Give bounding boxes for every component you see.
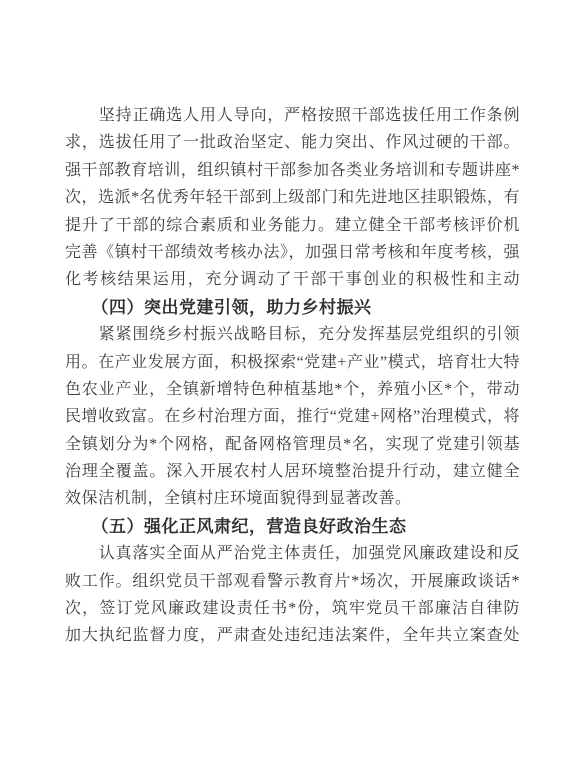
text-line: 治理全覆盖。深入开展农村人居环境整治提升行动，建立健全长 (65, 458, 520, 485)
text-line: 效保洁机制，全镇村庄环境面貌得到显著改善。 (65, 485, 520, 512)
text-line: 次，签订党风廉政建设责任书*份，筑牢党员干部廉洁自律防线。 (65, 595, 520, 622)
text-line: 认真落实全面从严治党主体责任，加强党风廉政建设和反腐 (65, 540, 520, 567)
text-line: 紧紧围绕乡村振兴战略目标，充分发挥基层党组织的引领作 (65, 321, 520, 348)
text-line: 强干部教育培训，组织镇村干部参加各类业务培训和专题讲座*场 (65, 157, 520, 184)
text-line: 完善《镇村干部绩效考核办法》，加强日常考核和年度考核，强 (65, 239, 520, 266)
text-line: 提升了干部的综合素质和业务能力。建立健全干部考核评价机制， (65, 212, 520, 239)
section-heading-4: （四）突出党建引领，助力乡村振兴 (65, 294, 520, 321)
text-line: 用。在产业发展方面，积极探索“党建+产业”模式，培育壮大特 (65, 349, 520, 376)
document-text-block: 坚持正确选人用人导向，严格按照干部选拔任用工作条例要 求，选拔任用了一批政治坚定… (65, 102, 520, 650)
text-line: 加大执纪监督力度，严肃查处违纪违法案件，全年共立案查处违 (65, 622, 520, 649)
text-line: 全镇划分为*个网格，配备网格管理员*名，实现了党建引领基层 (65, 431, 520, 458)
text-line: 坚持正确选人用人导向，严格按照干部选拔任用工作条例要 (65, 102, 520, 129)
text-line: 色农业产业，全镇新增特色种植基地*个，养殖小区*个，带动农 (65, 376, 520, 403)
text-line: 化考核结果运用，充分调动了干部干事创业的积极性和主动性。 (65, 266, 520, 293)
section-heading-5: （五）强化正风肃纪，营造良好政治生态 (65, 513, 520, 540)
text-line: 次，选派*名优秀年轻干部到上级部门和先进地区挂职锻炼，有效 (65, 184, 520, 211)
text-line: 民增收致富。在乡村治理方面，推行“党建+网格”治理模式，将 (65, 403, 520, 430)
document-page: 坚持正确选人用人导向，严格按照干部选拔任用工作条例要 求，选拔任用了一批政治坚定… (0, 0, 586, 759)
text-line: 求，选拔任用了一批政治坚定、能力突出、作风过硬的干部。加 (65, 129, 520, 156)
text-line: 败工作。组织党员干部观看警示教育片*场次，开展廉政谈话*人 (65, 568, 520, 595)
